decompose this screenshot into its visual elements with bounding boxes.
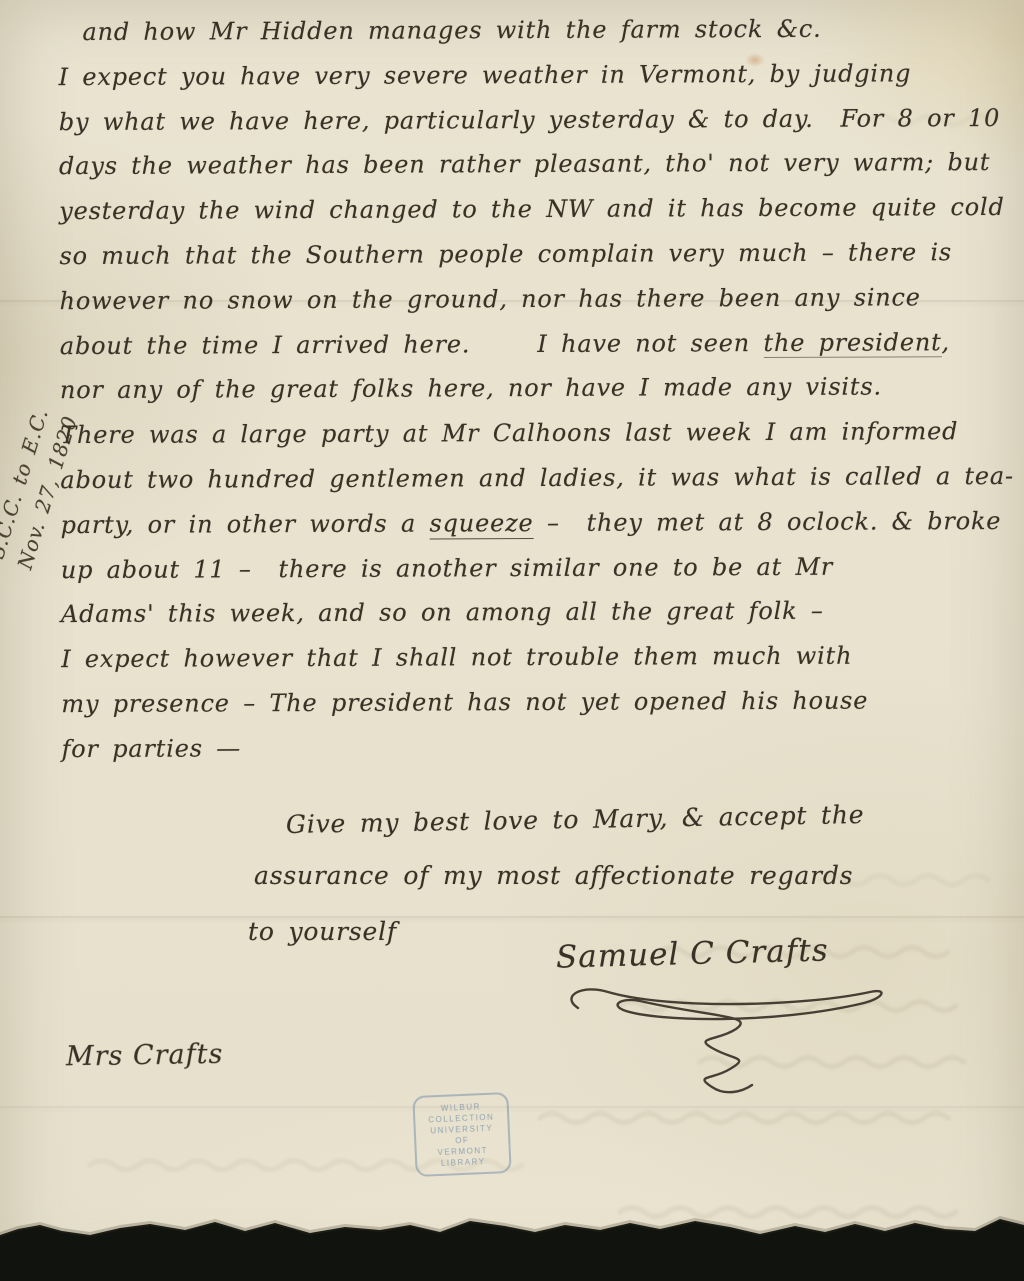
torn-paper-edge <box>0 1201 1024 1281</box>
letter-text: my presence – The president has not yet … <box>61 687 868 719</box>
signature-flourish <box>548 974 888 1094</box>
letter-text: nor any of the great folks here, nor hav… <box>60 373 882 405</box>
signature: Samuel C Crafts <box>556 932 829 975</box>
letter-line: so much that the Southern people complai… <box>59 230 1009 279</box>
letter-text: by what we have here, particularly yeste… <box>59 104 1000 136</box>
letter-text: and how Mr Hidden manages with the farm … <box>82 15 821 46</box>
letter-line: by what we have here, particularly yeste… <box>59 96 1009 145</box>
letter-line: party, or in other words a squeeze – the… <box>60 499 1010 548</box>
letter-text: about two hundred gentlemen and ladies, … <box>60 462 1014 494</box>
letter-line: nor any of the great folks here, nor hav… <box>60 364 1010 413</box>
letter-text: Adams' this week, and so on among all th… <box>61 597 824 628</box>
underlined-word: squeeze <box>429 509 533 539</box>
letter-line: however no snow on the ground, nor has t… <box>60 275 1010 324</box>
closing-line: Give my best love to Mary, & accept the <box>286 787 865 853</box>
letter-line: Adams' this week, and so on among all th… <box>61 588 1011 637</box>
letter-text: however no snow on the ground, nor has t… <box>60 283 921 315</box>
letter-text: – they met at 8 oclock. & broke <box>533 507 1001 537</box>
letter-line: up about 11 – there is another similar o… <box>61 543 1011 592</box>
letter-text: , <box>941 328 950 356</box>
letter-text: I expect however that I shall not troubl… <box>61 642 852 673</box>
letter-line: about the time I arrived here. I have no… <box>60 320 1010 369</box>
letter-text: days the weather has been rather pleasan… <box>59 148 990 180</box>
letter-line: my presence – The president has not yet … <box>61 678 1011 727</box>
letter-text: up about 11 – there is another similar o… <box>61 552 833 583</box>
letter-line: I expect you have very severe weather in… <box>59 51 1009 100</box>
closing-line: assurance of my most affectionate regard… <box>254 848 864 904</box>
letter-text: about the time I arrived here. I have no… <box>60 329 764 360</box>
letter-line: There was a large party at Mr Calhoons l… <box>60 409 1010 458</box>
letter-text: party, or in other words a <box>61 509 430 539</box>
letter-line: about two hundred gentlemen and ladies, … <box>60 454 1010 503</box>
letter-line: for parties — <box>61 723 1011 772</box>
stamp-line: LIBRARY <box>419 1155 507 1170</box>
letter-line: and how Mr Hidden manages with the farm … <box>58 6 1008 55</box>
letter-text: yesterday the wind changed to the NW and… <box>59 193 1005 225</box>
letter-line: days the weather has been rather pleasan… <box>59 140 1009 189</box>
letter-text: There was a large party at Mr Calhoons l… <box>60 417 958 449</box>
addressee: Mrs Crafts <box>66 1039 224 1073</box>
letter-line: yesterday the wind changed to the NW and… <box>59 185 1009 234</box>
letter-text: so much that the Southern people complai… <box>59 238 952 270</box>
letter-body: and how Mr Hidden manages with the farm … <box>58 6 1011 772</box>
letter-line: I expect however that I shall not troubl… <box>61 633 1011 682</box>
underlined-word: the president <box>763 328 941 358</box>
letter-page: S.C.C. to E.C. Nov. 27, 1820 and how Mr … <box>0 0 1024 1281</box>
library-stamp: WILBURCOLLECTIONUNIVERSITYOFVERMONTLIBRA… <box>412 1092 511 1177</box>
letter-text: for parties — <box>62 734 242 763</box>
letter-text: I expect you have very severe weather in… <box>59 59 912 91</box>
